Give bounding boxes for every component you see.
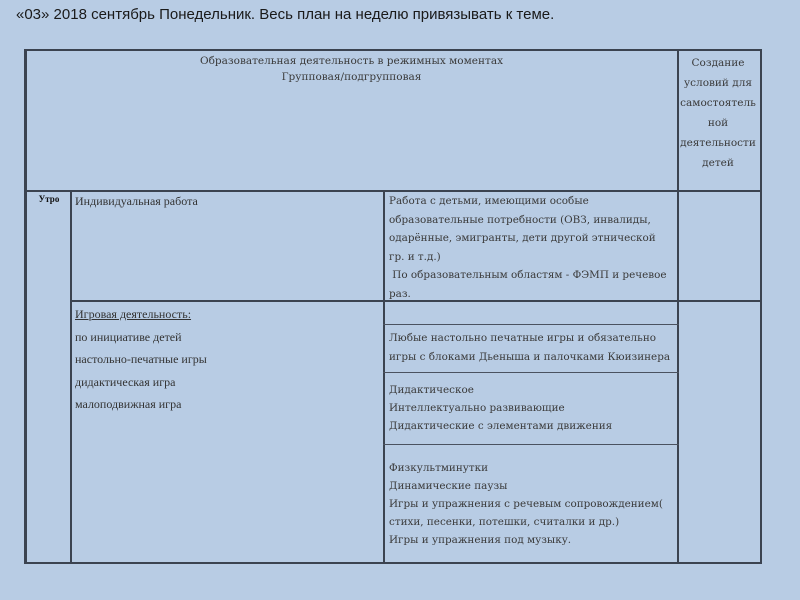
header-side-line: самостоятель — [676, 93, 760, 113]
games-title: Игровая деятельность: — [75, 303, 207, 326]
header-side: Создание условий для самостоятель ной де… — [676, 53, 760, 173]
games-item: по инициативе детей — [75, 326, 207, 349]
details-line: По образовательным областям - ФЭМП и реч… — [389, 266, 683, 285]
games-block-board-games: Любые настольно печатные игры и обязател… — [389, 329, 683, 366]
period-label: Утро — [29, 194, 69, 204]
plan-table: Образовательная деятельность в режимных … — [24, 49, 762, 564]
block-line: Игры и упражнения под музыку. — [389, 531, 683, 549]
header-side-line: Создание — [676, 53, 760, 73]
block-line: стихи, песенки, потешки, считалки и др.) — [389, 513, 683, 531]
details-line: раз. — [389, 285, 683, 304]
games-item: дидактическая игра — [75, 371, 207, 394]
column-divider-details — [383, 190, 385, 562]
block-line: Игры и упражнения с речевым сопровождени… — [389, 495, 683, 513]
header-main-title: Образовательная деятельность в режимных … — [27, 53, 676, 69]
header-main: Образовательная деятельность в режимных … — [27, 53, 676, 85]
subrow-divider-1 — [383, 324, 679, 325]
block-line: Дидактические с элементами движения — [389, 417, 683, 435]
block-line: Физкультминутки — [389, 459, 683, 477]
subrow-divider-2 — [383, 372, 679, 373]
block-line: игры с блоками Дьеныша и палочками Кюизи… — [389, 348, 683, 367]
header-side-line: детей — [676, 153, 760, 173]
header-main-subtitle: Групповая/подгрупповая — [27, 69, 676, 85]
details-line: гр. и т.д.) — [389, 248, 683, 267]
subrow-divider-3 — [383, 444, 679, 445]
page-title: «03» 2018 сентябрь Понедельник. Весь пла… — [16, 6, 554, 23]
details-line: Работа с детьми, имеющими особые — [389, 192, 683, 211]
block-line: Интеллектуально развивающие — [389, 399, 683, 417]
header-side-line: деятельности — [676, 133, 760, 153]
column-divider-period — [70, 190, 72, 562]
details-line: одарённые, эмигранты, дети другой этниче… — [389, 229, 683, 248]
header-side-line: условий для — [676, 73, 760, 93]
block-line: Динамические паузы — [389, 477, 683, 495]
details-line: образовательные потребности (ОВЗ, инвали… — [389, 211, 683, 230]
individual-work-details: Работа с детьми, имеющими особые образов… — [389, 192, 683, 303]
header-side-line: ной — [676, 113, 760, 133]
activity-individual-work: Индивидуальная работа — [75, 194, 198, 209]
activity-games: Игровая деятельность: по инициативе дете… — [75, 303, 207, 416]
block-line: Любые настольно печатные игры и обязател… — [389, 329, 683, 348]
games-item: настольно-печатные игры — [75, 348, 207, 371]
games-block-didactic: Дидактическое Интеллектуально развивающи… — [389, 381, 683, 435]
games-item: малоподвижная игра — [75, 393, 207, 416]
block-line: Дидактическое — [389, 381, 683, 399]
games-block-physical: Физкультминутки Динамические паузы Игры … — [389, 459, 683, 549]
